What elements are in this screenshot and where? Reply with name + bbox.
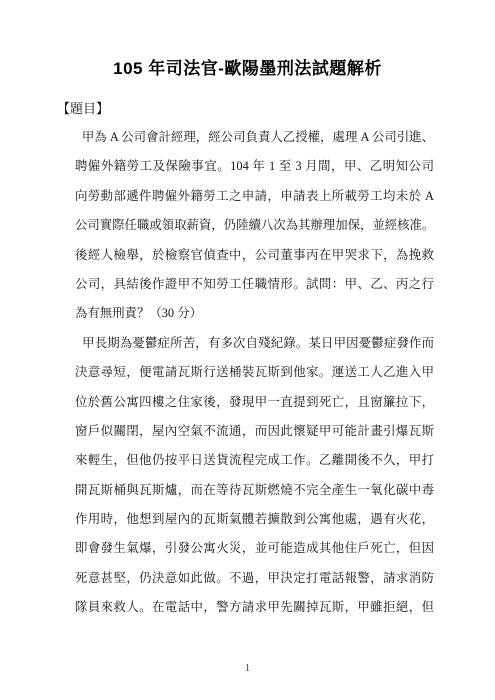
question-1: 一、甲為 A 公司會計經理，經公司負責人乙授權，處理 A 公司引進、聘僱外籍勞工… (75, 123, 434, 329)
question-line: 即會發生氣爆，引發公寓火災，並可能造成其他住戶死亡，但因 (75, 534, 434, 563)
question-line: 一、甲為 A 公司會計經理，經公司負責人乙授權，處理 A 公司引進、 (75, 123, 434, 152)
question-line: 後經人檢舉，於檢察官偵查中，公司董事丙在甲哭求下，為挽救 (75, 241, 434, 270)
question-line: 為有無刑責？（30 分） (75, 299, 434, 328)
question-marker: 一、 (75, 130, 82, 144)
question-line: 死意甚堅，仍決意如此做。不過，甲決定打電話報警，請求消防 (75, 564, 434, 593)
question-line: 窗戶似關閉，屋內空氣不流通，而因此懷疑甲可能計畫引爆瓦斯 (75, 417, 434, 446)
question-line: 決意尋短，便電請瓦斯行送桶裝瓦斯到他家。運送工人乙進入甲 (75, 358, 434, 387)
document-page: 105 年司法官-歐陽墨刑法試題解析 【題目】 一、甲為 A 公司會計經理，經公… (0, 0, 495, 700)
question-line: 位於舊公寓四樓之住家後，發現甲一直提到死亡，且窗簾拉下， (75, 388, 434, 417)
question-line: 向勞動部遞件聘僱外籍勞工之申請，申請表上所載勞工均未於 A (75, 182, 434, 211)
question-line: 隊員來救人。在電話中，警方請求甲先關掉瓦斯，甲雖拒絕，但 (75, 593, 434, 622)
page-title: 105 年司法官-歐陽墨刑法試題解析 (0, 0, 495, 80)
question-line: 公司，具結後作證甲不知勞工任職情形。試問：甲、乙、丙之行 (75, 270, 434, 299)
question-list: 一、甲為 A 公司會計經理，經公司負責人乙授權，處理 A 公司引進、聘僱外籍勞工… (57, 123, 434, 623)
question-line: 來輕生，但他仍按平日送貨流程完成工作。乙離開後不久，甲打 (75, 446, 434, 475)
question-line: 作用時，他想到屋內的瓦斯氣體若擴散到公寓他處，遇有火花， (75, 505, 434, 534)
question-line-text: 甲長期為憂鬱症所苦，有多次自殘紀錄。某日甲因憂鬱症發作而 (82, 336, 434, 350)
question-line: 公司實際任職或領取薪資，仍陸續八次為其辦理加保，並經核准。 (75, 211, 434, 240)
page-number: 1 (0, 662, 495, 676)
question-line: 開瓦斯桶與瓦斯爐，而在等待瓦斯燃燒不完全產生一氧化碳中毒 (75, 476, 434, 505)
question-2: 二、甲長期為憂鬱症所苦，有多次自殘紀錄。某日甲因憂鬱症發作而決意尋短，便電請瓦斯… (75, 329, 434, 623)
section-heading: 【題目】 (57, 100, 495, 118)
question-line: 聘僱外籍勞工及保險事宜。104 年 1 至 3 月間，甲、乙明知公司 (75, 152, 434, 181)
question-line-text: 甲為 A 公司會計經理，經公司負責人乙授權，處理 A 公司引進、 (82, 130, 434, 144)
question-line: 二、甲長期為憂鬱症所苦，有多次自殘紀錄。某日甲因憂鬱症發作而 (75, 329, 434, 358)
